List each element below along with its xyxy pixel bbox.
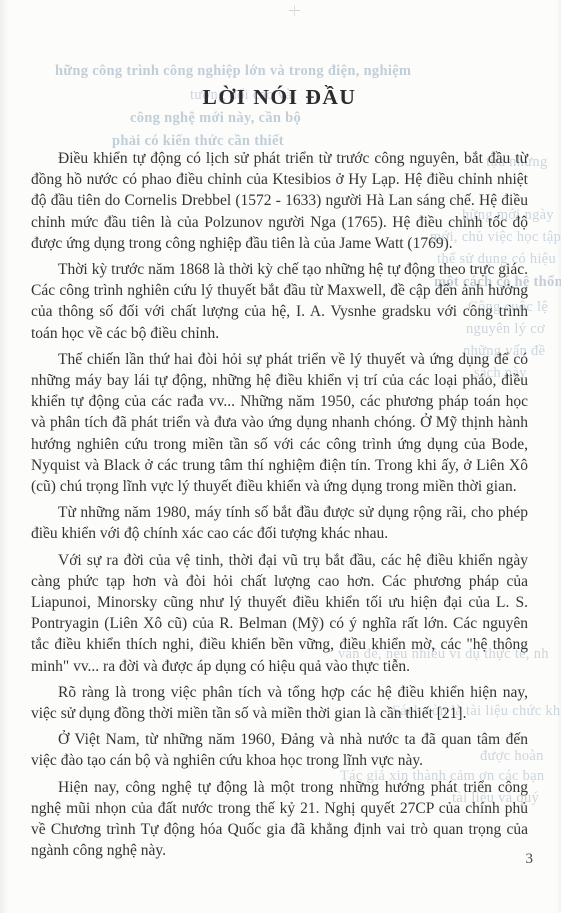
paragraph: Hiện nay, công nghệ tự động là một trong… xyxy=(31,777,528,862)
page-title: LỜI NÓI ĐẦU xyxy=(31,84,528,110)
scanned-page: hững công trình công nghiệp lớn và trong… xyxy=(0,0,561,913)
paragraph: Ở Việt Nam, từ những năm 1960, Đảng và n… xyxy=(31,729,528,771)
paragraph: Từ những năm 1980, máy tính số bắt đầu đ… xyxy=(31,502,528,544)
page-number: 3 xyxy=(526,851,534,868)
paragraph: Thế chiến lần thứ hai đòi hỏi sự phát tr… xyxy=(31,349,528,497)
paragraph: Điều khiển tự động có lịch sử phát triển… xyxy=(31,148,528,254)
paragraph: Thời kỳ trước năm 1868 là thời kỳ chế tạ… xyxy=(31,259,528,344)
page-content: LỜI NÓI ĐẦU Điều khiển tự động có lịch s… xyxy=(0,0,561,862)
body-text: Điều khiển tự động có lịch sử phát triển… xyxy=(31,148,528,862)
paragraph: Với sự ra đời của vệ tinh, thời đại vũ t… xyxy=(31,550,528,677)
paragraph: Rõ ràng là trong việc phân tích và tổng … xyxy=(31,682,528,724)
